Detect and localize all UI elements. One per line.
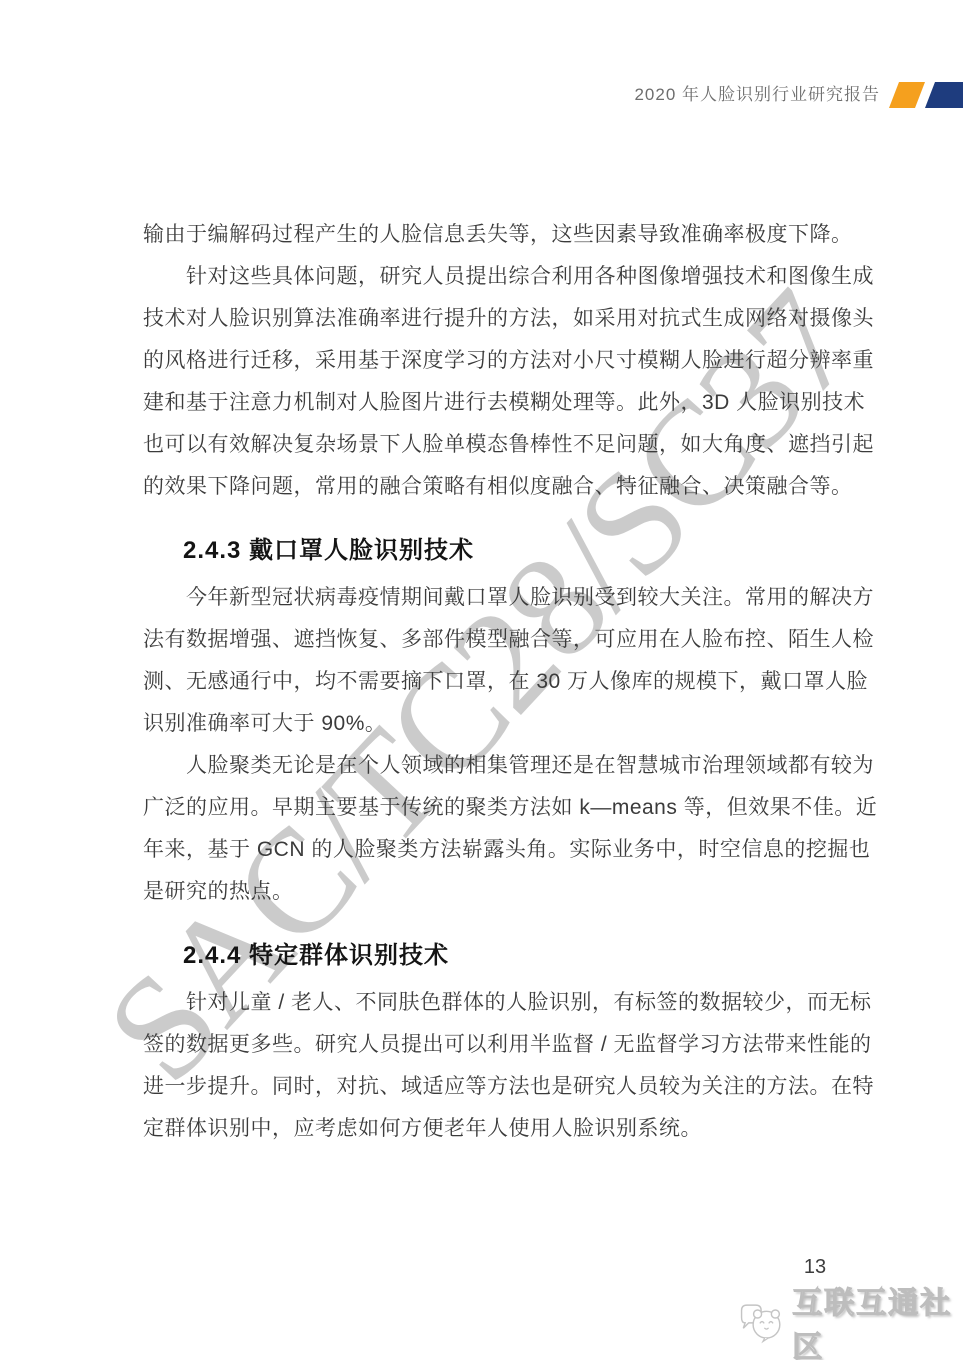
text-line: 测、无感通行中，均不需要摘下口罩，在 30 万人像库的规模下，戴口罩人脸 <box>143 661 840 703</box>
section-heading-243: 2.4.3 戴口罩人脸识别技术 <box>183 534 840 568</box>
report-logo-icon <box>889 82 963 108</box>
text-line: 进一步提升。同时，对抗、域适应等方法也是研究人员较为关注的方法。在特 <box>143 1066 840 1108</box>
paragraph-continuation: 输由于编解码过程产生的人脸信息丢失等，这些因素导致准确率极度下降。 <box>143 214 840 256</box>
report-title: 2020 年人脸识别行业研究报告 <box>634 82 880 108</box>
text-line: 定群体识别中，应考虑如何方便老年人使用人脸识别系统。 <box>143 1108 840 1150</box>
paragraph-image-enhancement: 针对这些具体问题，研究人员提出综合利用各种图像增强技术和图像生成技术对人脸识别算… <box>143 256 840 508</box>
document-content: 输由于编解码过程产生的人脸信息丢失等，这些因素导致准确率极度下降。 针对这些具体… <box>143 214 840 1150</box>
text-line: 广泛的应用。早期主要基于传统的聚类方法如 k—means 等，但效果不佳。近 <box>143 787 840 829</box>
text-line: 的风格进行迁移，采用基于深度学习的方法对小尺寸模糊人脸进行超分辨率重 <box>143 340 840 382</box>
paragraph-face-clustering: 人脸聚类无论是在个人领域的相集管理还是在智慧城市治理领域都有较为广泛的应用。早期… <box>143 745 840 913</box>
text-line: 针对儿童 / 老人、不同肤色群体的人脸识别，有标签的数据较少，而无标 <box>143 982 840 1024</box>
document-page: 2020 年人脸识别行业研究报告 SAC/TC28/SC37 输由于编解码过程产… <box>0 0 963 1360</box>
page-header: 2020 年人脸识别行业研究报告 <box>634 82 963 108</box>
text-line: 建和基于注意力机制对人脸图片进行去模糊处理等。此外，3D 人脸识别技术 <box>143 382 840 424</box>
text-line: 的效果下降问题，常用的融合策略有相似度融合、特征融合、决策融合等。 <box>143 466 840 508</box>
logo-blue-shape <box>925 82 963 108</box>
section-heading-244: 2.4.4 特定群体识别技术 <box>183 939 840 973</box>
text-line: 针对这些具体问题，研究人员提出综合利用各种图像增强技术和图像生成 <box>143 256 840 298</box>
text-line: 识别准确率可大于 90%。 <box>143 703 840 745</box>
text-line: 是研究的热点。 <box>143 871 840 913</box>
text-line: 年来，基于 GCN 的人脸聚类方法崭露头角。实际业务中，时空信息的挖掘也 <box>143 829 840 871</box>
text-line: 技术对人脸识别算法准确率进行提升的方法，如采用对抗式生成网络对摄像头 <box>143 298 840 340</box>
text-line: 人脸聚类无论是在个人领域的相集管理还是在智慧城市治理领域都有较为 <box>143 745 840 787</box>
community-logo-text: 互联互通社区 <box>792 1278 963 1360</box>
text-line: 输由于编解码过程产生的人脸信息丢失等，这些因素导致准确率极度下降。 <box>143 214 840 256</box>
page-number: 13 <box>780 1256 850 1279</box>
text-line: 法有数据增强、遮挡恢复、多部件模型融合等，可应用在人脸布控、陌生人检 <box>143 619 840 661</box>
text-line: 今年新型冠状病毒疫情期间戴口罩人脸识别受到较大关注。常用的解决方 <box>143 577 840 619</box>
logo-orange-shape <box>889 82 925 108</box>
paragraph-masked-face: 今年新型冠状病毒疫情期间戴口罩人脸识别受到较大关注。常用的解决方法有数据增强、遮… <box>143 577 840 745</box>
text-line: 签的数据更多些。研究人员提出可以利用半监督 / 无监督学习方法带来性能的 <box>143 1024 840 1066</box>
community-logo: 互联互通社区 <box>738 1296 963 1348</box>
panda-mascot-icon <box>738 1299 784 1345</box>
paragraph-specific-groups: 针对儿童 / 老人、不同肤色群体的人脸识别，有标签的数据较少，而无标签的数据更多… <box>143 982 840 1150</box>
text-line: 也可以有效解决复杂场景下人脸单模态鲁棒性不足问题，如大角度、遮挡引起 <box>143 424 840 466</box>
